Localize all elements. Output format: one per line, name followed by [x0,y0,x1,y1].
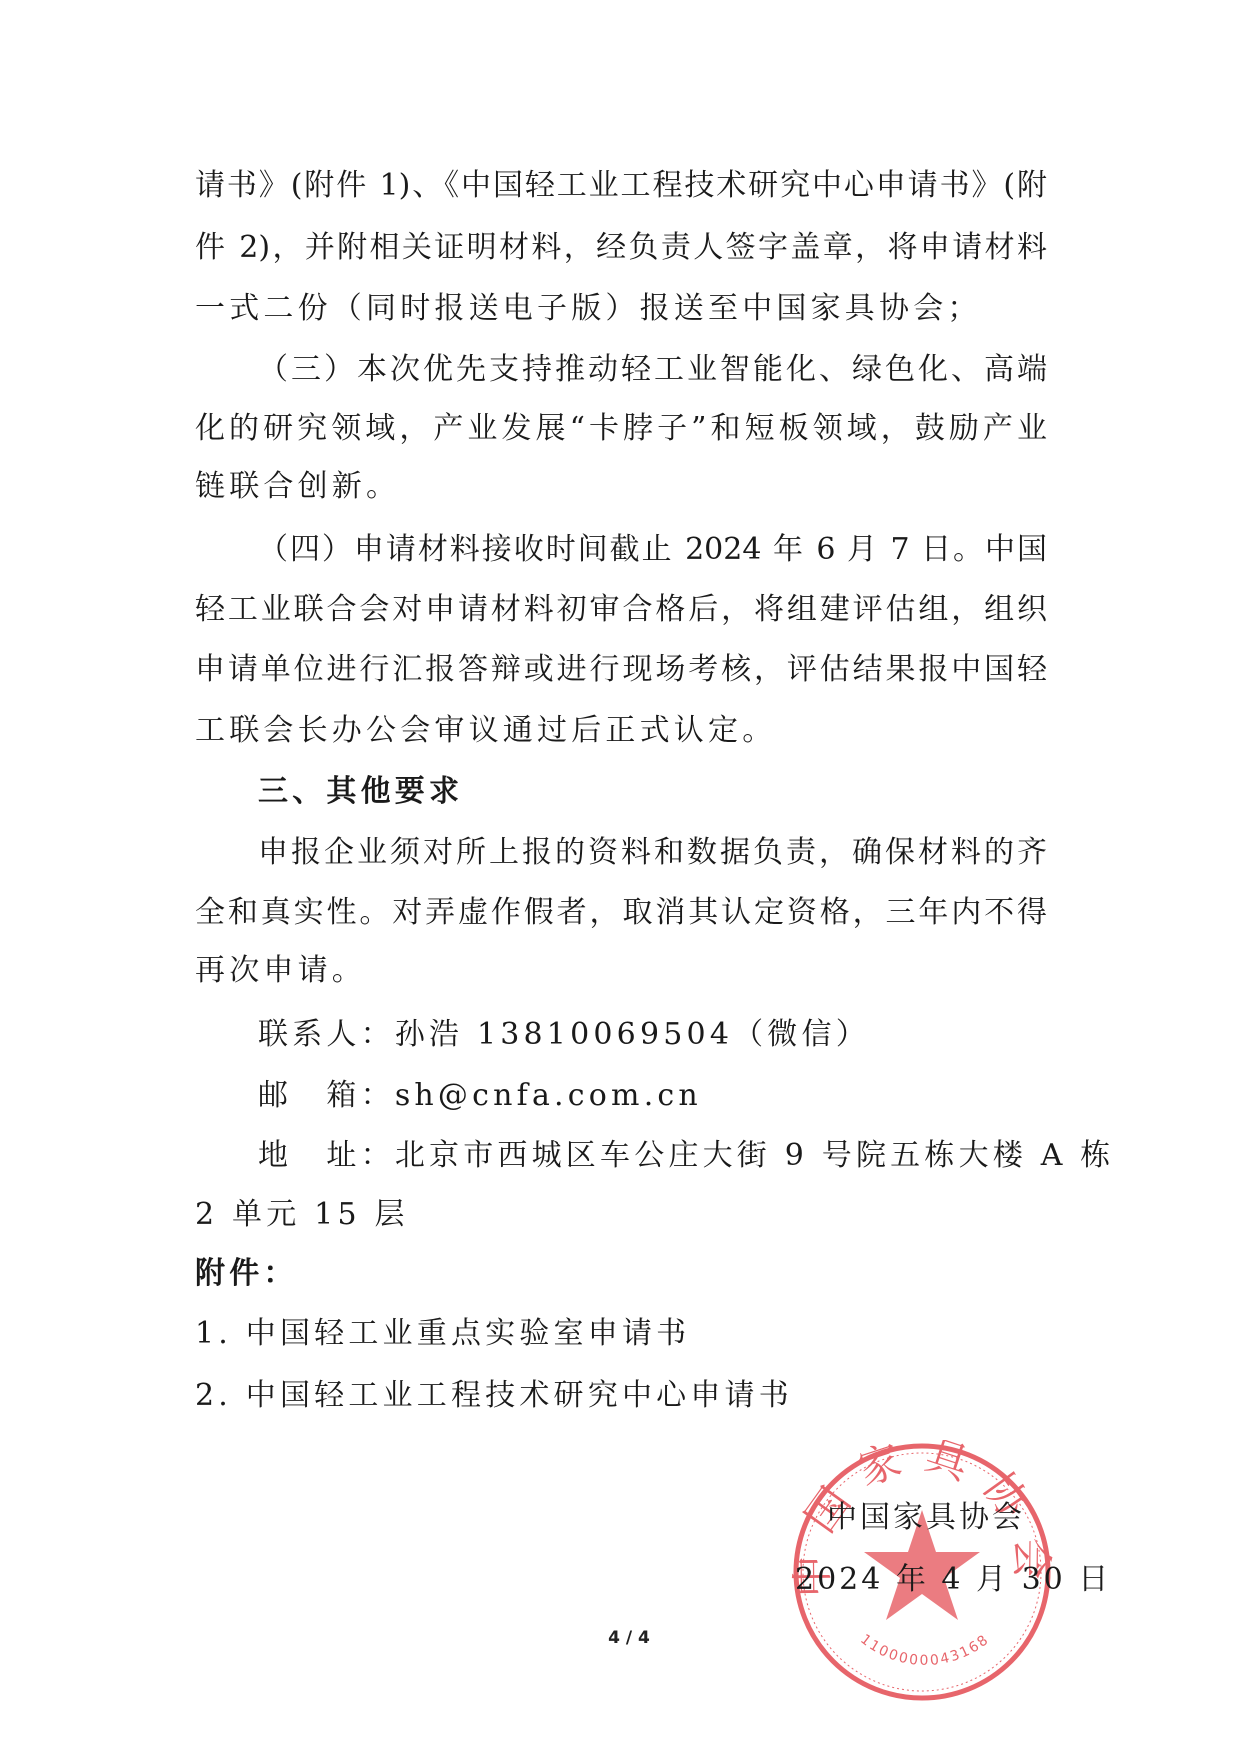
paragraph-line: 一式二份（同时报送电子版）报送至中国家具协会； [195,289,1047,329]
paragraph-line: 件 2)，并附相关证明材料，经负责人签字盖章，将申请材料 [195,228,1047,268]
document-page: 请书》(附件 1)、《中国轻工业工程技术研究中心申请书》(附 件 2)，并附相关… [0,0,1239,1752]
item-3-line: 化的研究领域，产业发展“卡脖子”和短板领域，鼓励产业 [195,409,1047,449]
signature-date: 2024 年 4 月 30 日 [795,1560,1111,1600]
contact-email-value[interactable]: sh@cnfa.com.cn [395,1078,702,1113]
section-heading: 三、其他要求 [258,772,1047,812]
contact-address-value: 北京市西城区车公庄大街 9 号院五栋大楼 A 栋 [395,1138,1115,1173]
attachments-heading: 附件： [195,1254,1047,1294]
section-3-line: 全和真实性。对弄虚作假者，取消其认定资格，三年内不得 [195,893,1047,933]
contact-person: 联系人：孙浩 13810069504（微信） [258,1015,1047,1055]
item-4-line: 轻工业联合会对申请材料初审合格后，将组建评估组，组织 [195,590,1047,630]
attachment-item-1: 1. 中国轻工业重点实验室申请书 [195,1314,1047,1354]
contact-person-label: 联系人： [258,1017,395,1052]
svg-text:1100000043168: 1100000043168 [857,1631,993,1669]
contact-email: 邮 箱：sh@cnfa.com.cn [258,1076,1047,1116]
contact-address-cont: 2 单元 15 层 [195,1195,1047,1235]
item-4-line: 申请单位进行汇报答辩或进行现场考核，评估结果报中国轻 [195,650,1047,690]
item-3-line: 链联合创新。 [195,467,1047,507]
attachment-item-2: 2. 中国轻工业工程技术研究中心申请书 [195,1376,1047,1416]
section-3-line: 申报企业须对所上报的资料和数据负责，确保材料的齐 [258,833,1047,873]
contact-email-label: 邮 箱： [258,1078,395,1113]
section-3-line: 再次申请。 [195,951,1047,991]
signature-organization: 中国家具协会 [827,1498,1025,1538]
contact-address-label: 地 址： [258,1138,395,1173]
item-4-line: （四）申请材料接收时间截止 2024 年 6 月 7 日。中国 [258,530,1047,570]
contact-person-value: 孙浩 13810069504（微信） [395,1017,870,1052]
item-3-line: （三）本次优先支持推动轻工业智能化、绿色化、高端 [258,350,1047,390]
paragraph-line: 请书》(附件 1)、《中国轻工业工程技术研究中心申请书》(附 [195,166,1047,206]
page-number: 4 / 4 [599,1628,659,1648]
contact-address: 地 址：北京市西城区车公庄大街 9 号院五栋大楼 A 栋 [258,1136,1047,1176]
item-4-line: 工联会长办公会审议通过后正式认定。 [195,711,1047,751]
